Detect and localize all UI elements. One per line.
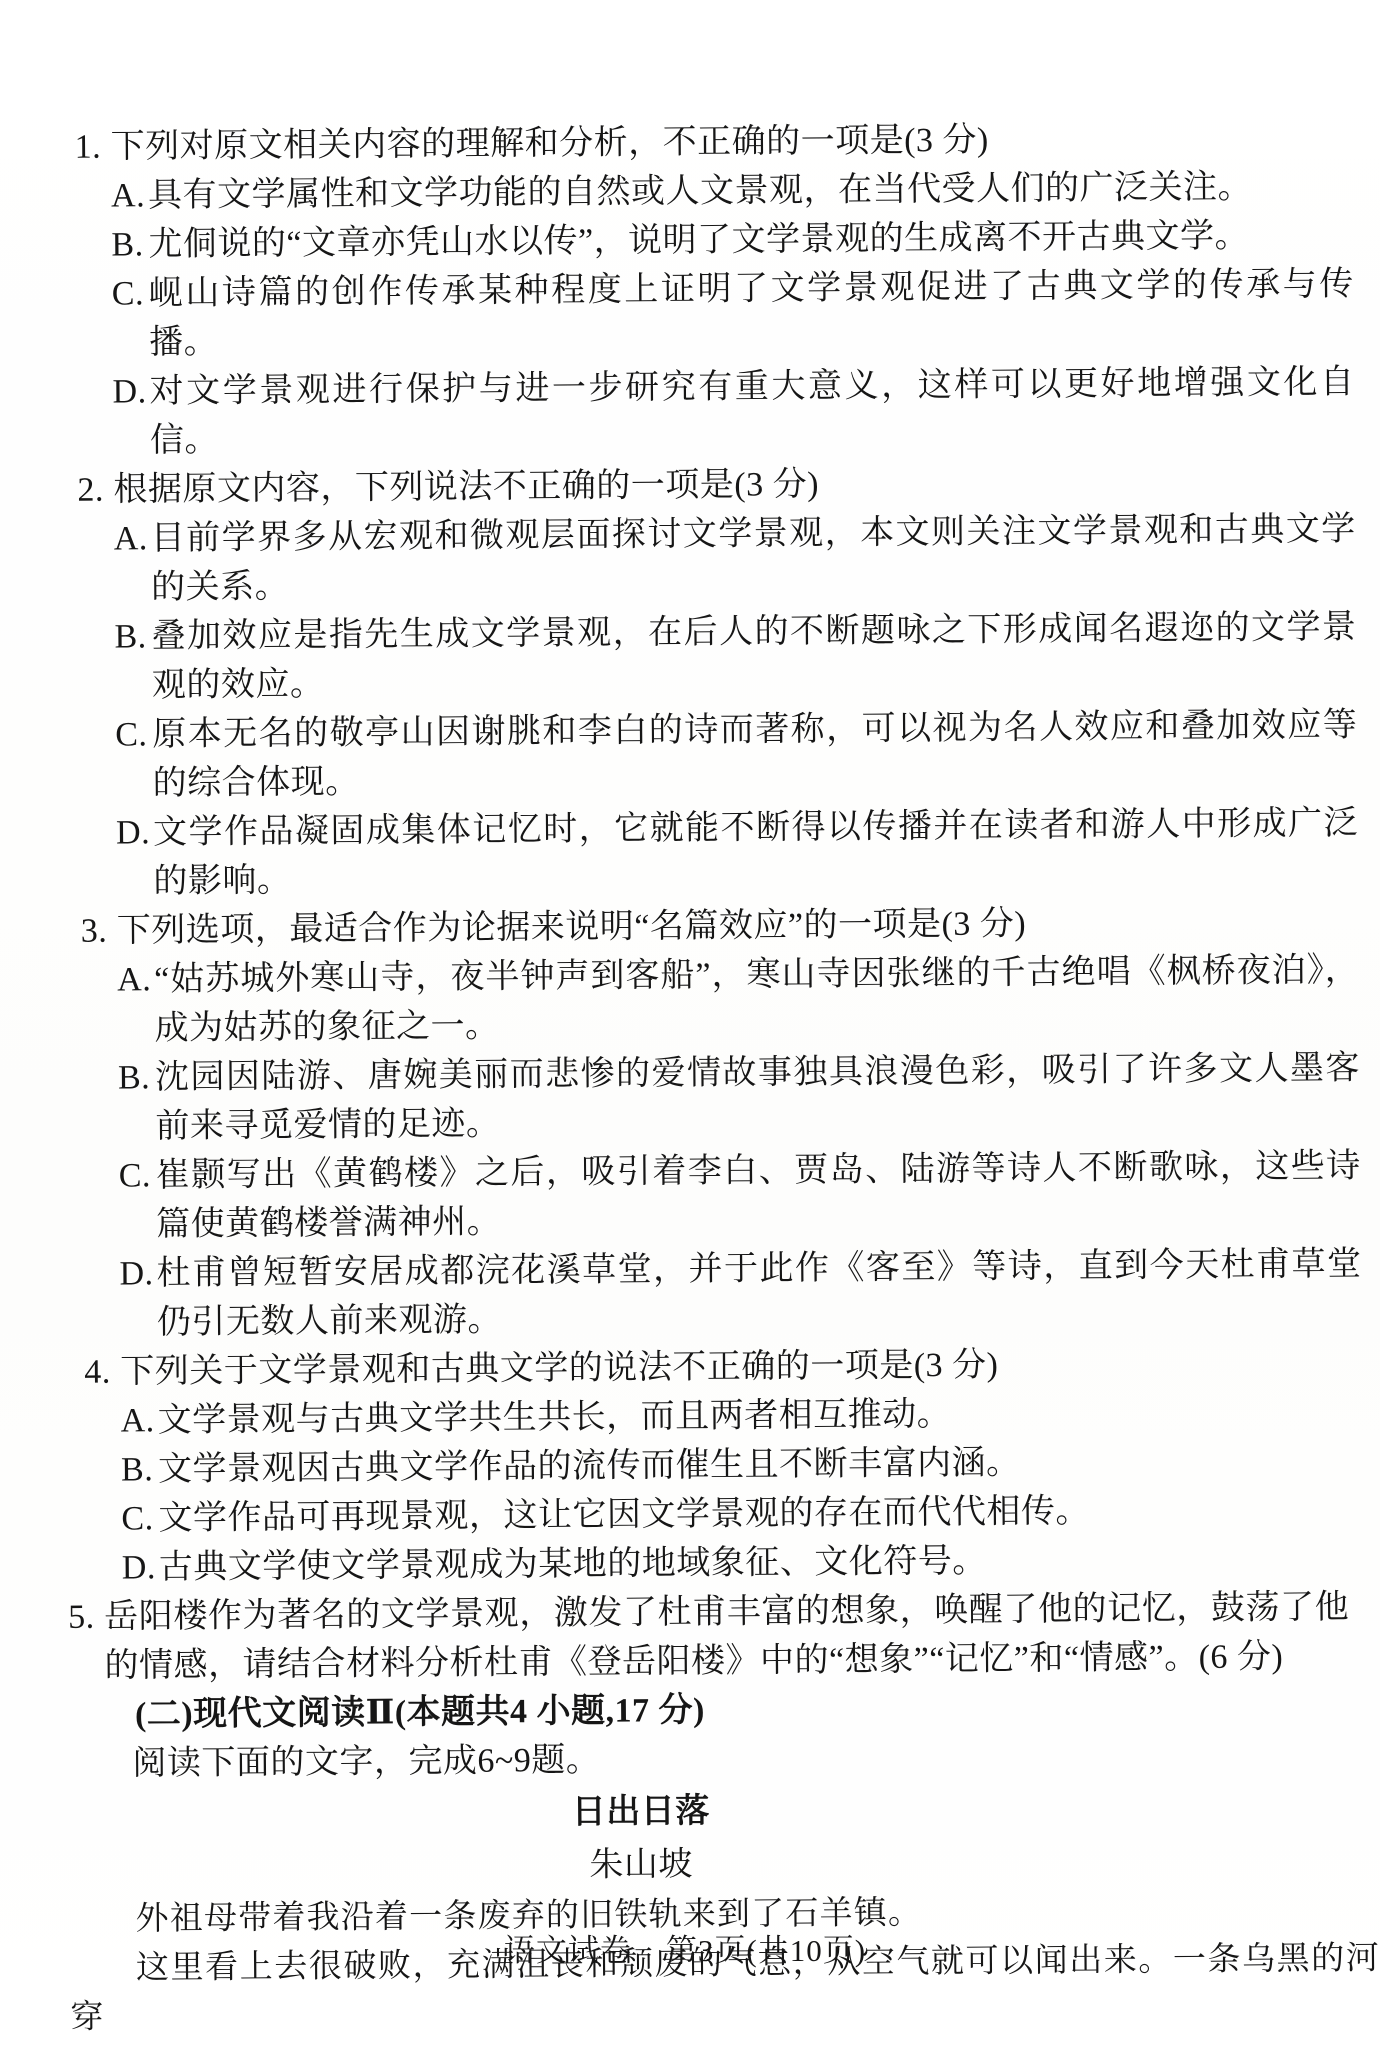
option-label: A.: [111, 171, 148, 220]
option-text: 目前学界多从宏观和微观层面探讨文学景观，本文则关注文学景观和古典文学的关系。: [151, 505, 1357, 612]
option-label: B.: [111, 220, 148, 269]
option-text: 原本无名的敬亭山因谢朓和李白的诗而著称，可以视为名人效应和叠加效应等的综合体现。: [152, 701, 1358, 808]
passage-author: 朱山坡: [6, 1835, 1276, 1894]
option-label: A.: [120, 1396, 157, 1445]
option-row: D. 杜甫曾短暂安居成都浣花溪草堂，并于此作《客至》等诗，直到今天杜甫草堂仍引无…: [119, 1240, 1380, 1348]
option-text: 岘山诗篇的创作传承某种程度上证明了文学景观促进了古典文学的传承与传播。: [149, 260, 1355, 367]
question-stem: 岳阳楼作为著名的文学景观，激发了杜甫丰富的想象，唤醒了他的记忆，鼓荡了他的情感，…: [104, 1583, 1350, 1691]
option-text: 杜甫曾短暂安居成都浣花溪草堂，并于此作《客至》等诗，直到今天杜甫草堂仍引无数人前…: [156, 1240, 1362, 1347]
footer-page-info: 第3页(共10页): [666, 1933, 866, 1968]
option-label: D.: [112, 367, 150, 465]
option-row: A. 目前学界多从宏观和微观层面探讨文学景观，本文则关注文学景观和古典文学的关系…: [114, 505, 1377, 613]
exam-content: 1. 下列对原文相关内容的理解和分析，不正确的一项是(3 分) A. 具有文学属…: [0, 113, 1380, 2044]
question-number: 4.: [84, 1347, 120, 1396]
option-row: C. 岘山诗篇的创作传承某种程度上证明了文学景观促进了古典文学的传承与传播。: [112, 260, 1375, 368]
option-label: C.: [115, 710, 153, 808]
page-footer: 语文试卷第3页(共10页): [0, 1925, 1370, 1970]
option-label: C.: [112, 269, 150, 367]
option-label: B.: [114, 612, 152, 710]
option-text: 文学作品凝固成集体记忆时，它就能不断得以传播并在读者和游人中形成广泛的影响。: [153, 799, 1359, 906]
option-row: B. 沈园因陆游、唐婉美丽而悲惨的爱情故事独具浪漫色彩，吸引了许多文人墨客前来寻…: [118, 1044, 1380, 1152]
option-row: B. 叠加效应是指先生成文学景观，在后人的不断题咏之下形成闻名遐迩的文学景观的效…: [114, 603, 1377, 711]
footer-exam-label: 语文试卷: [504, 1933, 632, 1968]
question-number: 3.: [81, 906, 117, 955]
option-label: C.: [121, 1494, 158, 1543]
reading-instruction: 阅读下面的文字，完成6~9题。: [132, 1730, 1380, 1789]
option-label: D.: [116, 808, 154, 906]
option-row: D. 文学作品凝固成集体记忆时，它就能不断得以传播并在读者和游人中形成广泛的影响…: [116, 799, 1379, 907]
question-5: 5. 岳阳楼作为著名的文学景观，激发了杜甫丰富的想象，唤醒了他的记忆，鼓荡了他的…: [68, 1583, 1380, 1691]
question-number: 1.: [74, 123, 110, 172]
option-row: D. 对文学景观进行保护与进一步研究有重大意义，这样可以更好地增强文化自信。: [112, 358, 1375, 466]
option-text: 对文学景观进行保护与进一步研究有重大意义，这样可以更好地增强文化自信。: [149, 358, 1355, 465]
question-number: 5.: [68, 1593, 105, 1691]
passage-title: 日出日落: [6, 1782, 1276, 1841]
option-text: 崔颢写出《黄鹤楼》之后，吸引着李白、贾岛、陆游等诗人不断歌咏，这些诗篇使黄鹤楼誉…: [156, 1142, 1362, 1249]
option-text: “姑苏城外寒山寺，夜半钟声到客船”，寒山寺因张继的千古绝唱《枫桥夜泊》，成为姑苏…: [154, 946, 1360, 1053]
question-number: 2.: [77, 466, 113, 515]
option-row: A. “姑苏城外寒山寺，夜半钟声到客船”，寒山寺因张继的千古绝唱《枫桥夜泊》，成…: [117, 946, 1380, 1054]
option-label: B.: [121, 1445, 158, 1494]
option-label: A.: [114, 514, 152, 612]
option-label: B.: [118, 1053, 156, 1151]
exam-page: 1. 下列对原文相关内容的理解和分析，不正确的一项是(3 分) A. 具有文学属…: [0, 0, 1380, 2048]
option-text: 叠加效应是指先生成文学景观，在后人的不断题咏之下形成闻名遐迩的文学景观的效应。: [151, 603, 1357, 710]
option-label: D.: [119, 1249, 157, 1347]
option-label: C.: [119, 1151, 157, 1249]
option-text: 沈园因陆游、唐婉美丽而悲惨的爱情故事独具浪漫色彩，吸引了许多文人墨客前来寻觅爱情…: [155, 1044, 1361, 1151]
option-label: D.: [122, 1543, 159, 1592]
option-label: A.: [117, 955, 155, 1053]
option-row: C. 崔颢写出《黄鹤楼》之后，吸引着李白、贾岛、陆游等诗人不断歌咏，这些诗篇使黄…: [119, 1142, 1380, 1250]
option-row: C. 原本无名的敬亭山因谢朓和李白的诗而著称，可以视为名人效应和叠加效应等的综合…: [115, 701, 1378, 809]
